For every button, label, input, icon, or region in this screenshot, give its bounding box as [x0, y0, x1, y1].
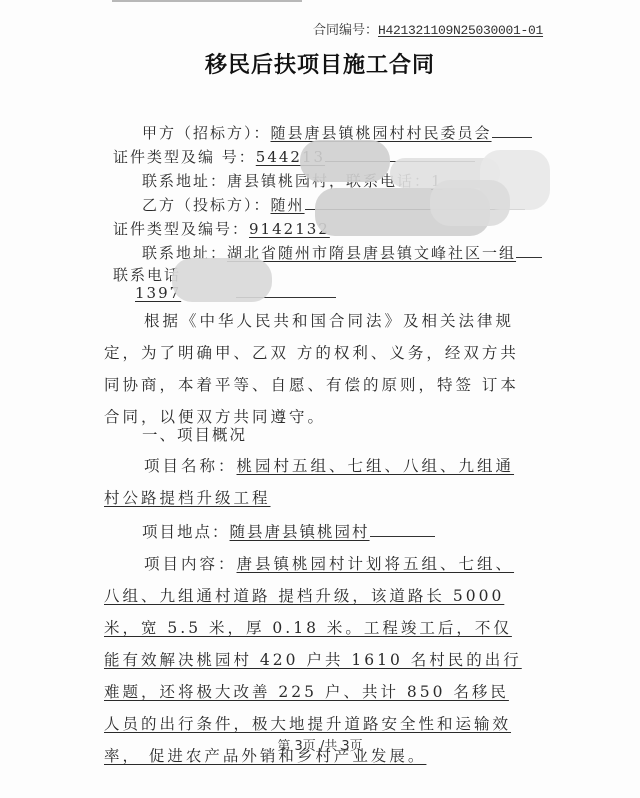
page-edge: [112, 0, 302, 2]
project-location-value: 随县唐县镇桃园村: [230, 523, 370, 541]
page-number: 第 3页 /共 3页: [0, 735, 640, 754]
preamble-paragraph: 根据《中华人民共和国合同法》及相关法律规定，为了明确甲、乙双 方的权利、义务，经…: [104, 305, 524, 433]
section-heading: 一、项目概况: [142, 423, 247, 445]
party-a-label: 甲方（招标方）：: [142, 124, 271, 142]
party-a-name: 随县唐县镇桃园村村民委员会: [271, 124, 492, 142]
party-b-phone-label: 联系电话: [113, 266, 181, 284]
contract-number-value: H421321109N25030001-01: [378, 23, 543, 38]
party-b-address-value: 湖北省随州市隋县唐县镇文峰社区一组: [227, 244, 516, 262]
party-a-id-label: 证件类型及编 号：: [113, 148, 256, 166]
underline-fill: [516, 243, 542, 258]
redaction-blur: [172, 258, 272, 302]
project-location-label: 项目地点：: [142, 523, 230, 541]
party-b-id-line: 证件类型及编号：9142132: [113, 218, 330, 239]
contract-number: 合同编号：H421321109N25030001-01: [313, 19, 543, 38]
redaction-blur: [300, 140, 390, 182]
underline-fill: [370, 522, 435, 537]
project-content-label: 项目内容：: [144, 555, 237, 573]
project-location-line: 项目地点：随县唐县镇桃园村: [142, 520, 435, 542]
party-b-phone-line: 联系电话: [113, 264, 181, 285]
party-b-name: 随州: [271, 196, 305, 214]
redaction-blur: [430, 180, 510, 226]
party-b-label: 乙方（投标方）：: [142, 196, 271, 214]
underline-fill: [492, 123, 532, 138]
party-a-address-label: 联系地址：: [142, 172, 227, 190]
project-name-paragraph: 项目名称：桃园村五组、七组、八组、九组通村公路提档升级工程: [104, 450, 524, 514]
party-b-id-label: 证件类型及编号：: [113, 220, 249, 238]
project-name-label: 项目名称：: [144, 457, 237, 475]
document-title: 移民后扶项目施工合同: [0, 48, 640, 79]
project-content-value: 唐县镇桃园村计划将五组、七组、八组、九组通村道路 提档升级，该道路长 5000 …: [104, 555, 522, 765]
contract-number-label: 合同编号：: [313, 23, 378, 38]
